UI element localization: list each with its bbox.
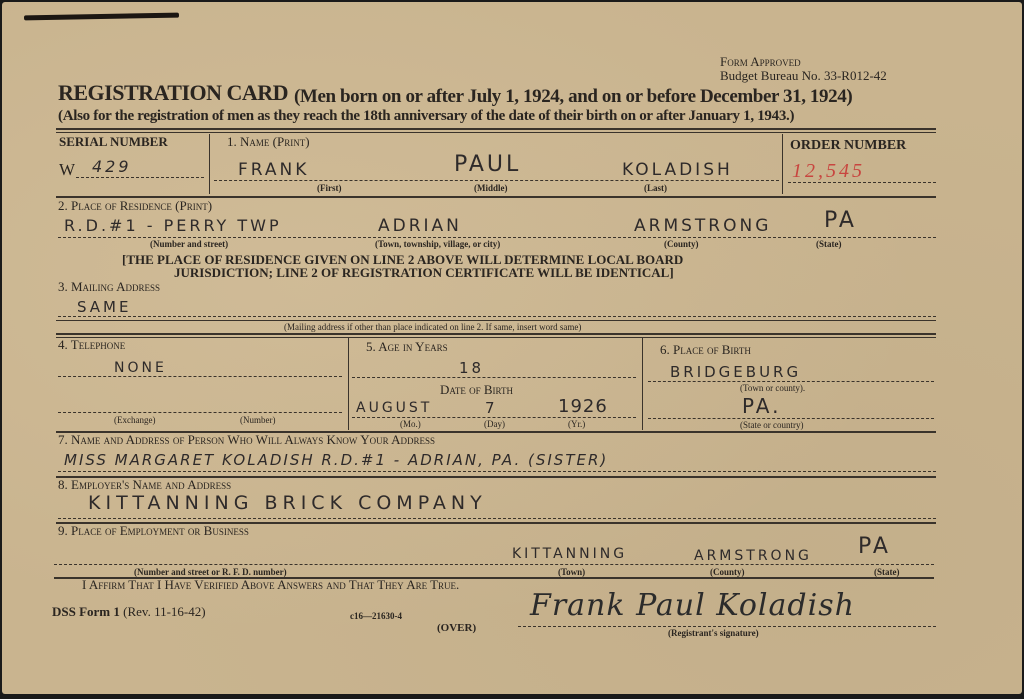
serial-number-label: SERIAL NUMBER [59, 134, 168, 150]
telephone-label: 4. Telephone [58, 337, 125, 353]
divider [782, 134, 783, 194]
card-subtitle: (Men born on or after July 1, 1924, and … [294, 86, 852, 108]
divider [348, 338, 349, 430]
fill-line [352, 417, 636, 418]
middle-caption: (Middle) [474, 183, 508, 193]
employer-value: Kittanning Brick Company [88, 492, 487, 514]
month-caption: (Mo.) [400, 419, 421, 429]
first-name-value: Frank [238, 160, 309, 180]
employment-street-caption: (Number and street or R. F. D. number) [134, 567, 287, 577]
exchange-caption: (Exchange) [114, 415, 155, 425]
fill-line [788, 182, 936, 183]
employer-label: 8. Employer's Name and Address [58, 477, 231, 493]
street-caption: (Number and street) [150, 239, 228, 249]
form-revision: (Rev. 11-16-42) [123, 604, 205, 619]
middle-name-value: Paul [454, 152, 521, 177]
age-value: 18 [459, 359, 484, 377]
residence-town-value: Adrian [378, 216, 462, 236]
name-label: 1. Name (Print) [227, 134, 310, 150]
birthplace-state-caption: (State or country) [740, 420, 803, 430]
fill-line [214, 180, 779, 181]
fill-line [76, 177, 204, 178]
birthplace-state-value: Pa. [742, 394, 781, 418]
serial-prefix: W [59, 160, 75, 180]
form-id: DSS Form 1 [52, 604, 120, 619]
town-caption: (Town, township, village, or city) [375, 239, 500, 249]
form-id-line: DSS Form 1 (Rev. 11-16-42) [52, 604, 206, 620]
birthplace-town-value: Bridgeburg [670, 363, 801, 381]
divider [642, 338, 643, 430]
employment-state-caption: (State) [874, 567, 900, 577]
birthplace-label: 6. Place of Birth [660, 342, 751, 358]
fill-line [58, 471, 936, 472]
fill-line [58, 316, 936, 317]
fill-line [58, 518, 936, 519]
last-caption: (Last) [644, 183, 667, 193]
first-caption: (First) [317, 183, 342, 193]
serial-number-value: 429 [92, 157, 132, 176]
contact-value: Miss Margaret Koladish R.D.#1 - Adrian, … [64, 451, 608, 469]
affirmation-text: I Affirm That I Have Verified Above Answ… [82, 577, 459, 593]
employment-place-label: 9. Place of Employment or Business [58, 523, 249, 539]
fill-line [648, 381, 934, 382]
last-name-value: Koladish [622, 160, 733, 180]
fill-line [58, 237, 936, 238]
fill-line [54, 564, 934, 565]
registration-card: Form Approved Budget Bureau No. 33-R012-… [2, 2, 1022, 694]
card-note: (Also for the registration of men as the… [58, 108, 794, 125]
dob-day-value: 7 [485, 399, 498, 417]
order-number-label: ORDER NUMBER [790, 138, 906, 154]
birthplace-town-caption: (Town or county). [740, 383, 805, 393]
residence-state-value: Pa [824, 208, 857, 233]
telephone-value: None [114, 360, 167, 376]
employment-state-value: Pa [858, 534, 891, 559]
fill-line [352, 377, 636, 378]
over-label: (OVER) [437, 622, 476, 634]
dob-year-value: 1926 [558, 396, 608, 417]
mailing-value: Same [77, 298, 131, 316]
employment-town-value: Kittanning [512, 546, 627, 562]
dob-label: Date of Birth [440, 382, 513, 398]
year-caption: (Yr.) [568, 419, 585, 429]
divider [56, 132, 936, 133]
number-caption: (Number) [240, 415, 276, 425]
employment-county-caption: (County) [710, 567, 745, 577]
divider [56, 320, 936, 321]
residence-street-value: R.D.#1 - Perry Twp [64, 216, 282, 235]
print-code: c16—21630-4 [350, 611, 402, 621]
divider [56, 333, 936, 335]
mailing-caption: (Mailing address if other than place ind… [284, 322, 581, 332]
fill-line [58, 376, 342, 377]
fill-line [58, 412, 342, 413]
fill-line [518, 626, 936, 627]
residence-county-value: Armstrong [634, 216, 771, 236]
day-caption: (Day) [484, 419, 505, 429]
residence-notice-2: JURISDICTION; LINE 2 OF REGISTRATION CER… [174, 265, 674, 281]
employment-town-caption: (Town) [558, 567, 585, 577]
dob-month-value: August [356, 400, 432, 416]
card-title: REGISTRATION CARD [58, 80, 288, 106]
paper-tear [24, 13, 179, 21]
budget-bureau: Budget Bureau No. 33-R012-42 [720, 68, 887, 84]
divider [56, 337, 936, 338]
state-caption: (State) [816, 239, 842, 249]
age-label: 5. Age in Years [366, 339, 448, 355]
order-number-value: 12,545 [792, 160, 865, 183]
residence-label: 2. Place of Residence (Print) [58, 198, 212, 214]
fill-line [648, 418, 934, 419]
divider [56, 128, 936, 130]
signature-caption: (Registrant's signature) [668, 628, 759, 638]
contact-label: 7. Name and Address of Person Who Will A… [58, 432, 435, 448]
mailing-label: 3. Mailing Address [58, 279, 160, 295]
county-caption: (County) [664, 239, 699, 249]
divider [209, 134, 210, 194]
registrant-signature: Frank Paul Koladish [530, 588, 855, 623]
employment-county-value: Armstrong [694, 548, 812, 564]
